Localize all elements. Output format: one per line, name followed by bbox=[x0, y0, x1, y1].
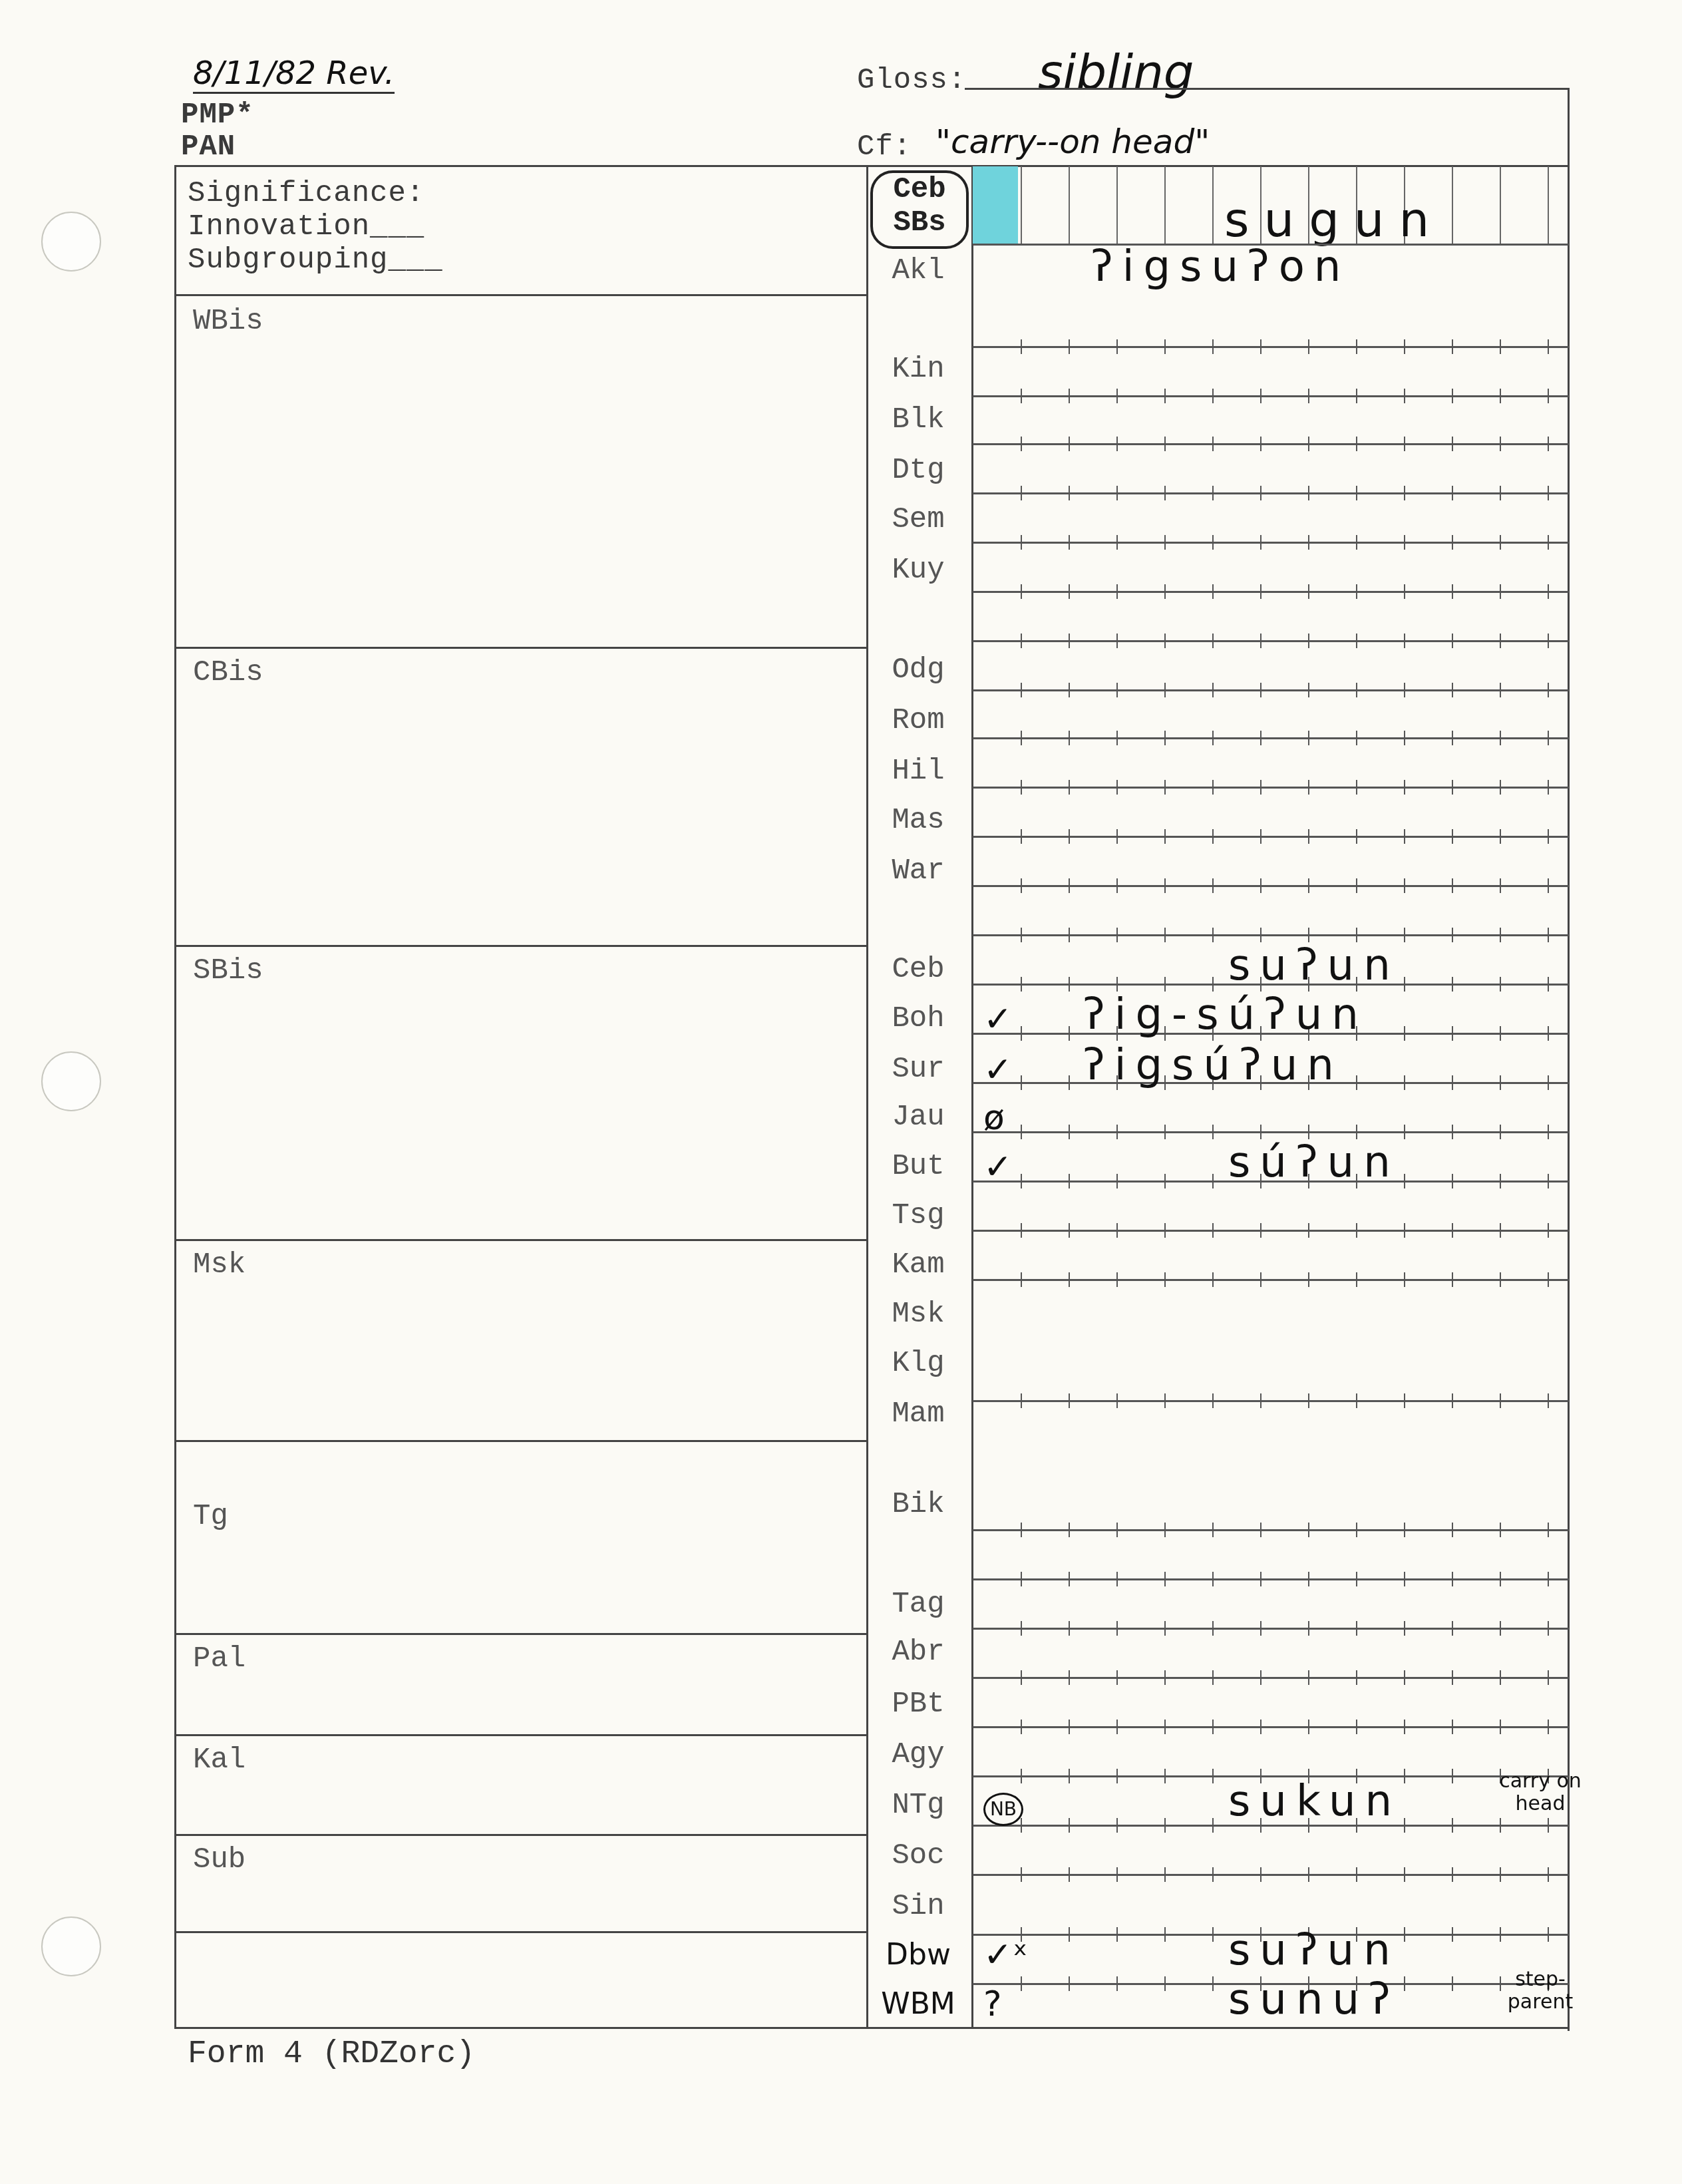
tick-mark bbox=[1164, 683, 1166, 697]
tick-mark bbox=[1021, 878, 1022, 893]
tick-mark bbox=[1308, 584, 1309, 599]
tick-mark bbox=[1356, 878, 1357, 893]
tick-mark bbox=[1452, 1927, 1453, 1942]
cf-label: Cf: bbox=[857, 130, 912, 164]
tick-mark bbox=[1500, 486, 1501, 500]
tick-mark bbox=[1260, 829, 1261, 844]
tick-mark bbox=[1069, 780, 1070, 795]
tick-mark bbox=[1308, 1272, 1309, 1287]
table-left-border bbox=[174, 165, 176, 2028]
tick-mark bbox=[1069, 683, 1070, 697]
tick-mark bbox=[1308, 1572, 1309, 1586]
row-line bbox=[973, 1578, 1569, 1580]
gloss-note: step-parent bbox=[1497, 1968, 1584, 2014]
tick-mark bbox=[1164, 486, 1166, 500]
cognate-form: suʔun bbox=[1228, 1926, 1400, 1975]
tick-mark bbox=[1500, 634, 1501, 648]
tick-mark bbox=[1164, 535, 1166, 550]
tick-mark bbox=[1452, 437, 1453, 451]
tick-mark bbox=[1164, 1393, 1166, 1408]
language-code: Hil bbox=[865, 755, 971, 788]
tick-mark bbox=[1548, 1818, 1549, 1833]
tick-mark bbox=[1069, 486, 1070, 500]
row-line bbox=[973, 934, 1569, 936]
tick-mark bbox=[1164, 731, 1166, 745]
cell-divider bbox=[1164, 166, 1166, 244]
tick-mark bbox=[1308, 1621, 1309, 1636]
tick-mark bbox=[1404, 1621, 1405, 1636]
tick-mark bbox=[1500, 1223, 1501, 1238]
region-label: Tg bbox=[193, 1500, 228, 1533]
region-divider bbox=[174, 945, 868, 947]
row-line bbox=[973, 542, 1569, 544]
language-code: Tsg bbox=[865, 1199, 971, 1232]
row-line bbox=[973, 1677, 1569, 1679]
tick-mark bbox=[1116, 878, 1118, 893]
tick-mark bbox=[1548, 584, 1549, 599]
language-code: Sem bbox=[865, 503, 971, 536]
check-mark-icon: ✓ bbox=[983, 1147, 1013, 1187]
row-line bbox=[973, 1628, 1569, 1630]
tick-mark bbox=[1021, 1125, 1022, 1139]
tick-mark bbox=[1212, 1621, 1214, 1636]
tick-mark bbox=[1404, 1393, 1405, 1408]
tick-mark bbox=[1500, 928, 1501, 942]
row-line bbox=[973, 1230, 1569, 1232]
row-line bbox=[973, 395, 1569, 397]
tick-mark bbox=[1452, 878, 1453, 893]
tick-mark bbox=[1452, 389, 1453, 403]
tick-mark bbox=[1212, 634, 1214, 648]
tick-mark bbox=[1021, 977, 1022, 992]
tick-mark bbox=[1069, 634, 1070, 648]
tick-mark bbox=[1548, 437, 1549, 451]
tick-mark bbox=[1452, 1769, 1453, 1783]
tick-mark bbox=[1404, 584, 1405, 599]
tick-mark bbox=[1212, 1125, 1214, 1139]
tick-mark bbox=[1548, 339, 1549, 354]
tick-mark bbox=[1452, 1572, 1453, 1586]
tick-mark bbox=[1356, 584, 1357, 599]
tick-mark bbox=[1021, 535, 1022, 550]
tick-mark bbox=[1021, 731, 1022, 745]
tick-mark bbox=[1164, 1867, 1166, 1882]
tick-mark bbox=[1308, 1523, 1309, 1537]
tick-mark bbox=[1260, 437, 1261, 451]
region-label: WBis bbox=[193, 305, 263, 338]
pmp-label: PMP* bbox=[181, 98, 254, 132]
tick-mark bbox=[1452, 1223, 1453, 1238]
language-code: Kuy bbox=[865, 554, 971, 587]
tick-mark bbox=[1548, 1223, 1549, 1238]
tick-mark bbox=[1069, 1867, 1070, 1882]
tick-mark bbox=[1164, 977, 1166, 992]
tick-mark bbox=[1212, 339, 1214, 354]
tick-mark bbox=[1548, 878, 1549, 893]
tick-mark bbox=[1021, 1572, 1022, 1586]
row-line bbox=[973, 1279, 1569, 1281]
tick-mark bbox=[1356, 1223, 1357, 1238]
tick-mark bbox=[1404, 1125, 1405, 1139]
tick-mark bbox=[1500, 1174, 1501, 1188]
tick-mark bbox=[1308, 928, 1309, 942]
tick-mark bbox=[1308, 486, 1309, 500]
row-line bbox=[973, 737, 1569, 739]
tick-mark bbox=[1500, 1818, 1501, 1833]
region-label: CBis bbox=[193, 656, 263, 689]
row-line bbox=[973, 1726, 1569, 1728]
tick-mark bbox=[1021, 1223, 1022, 1238]
tick-mark bbox=[1548, 780, 1549, 795]
tick-mark bbox=[1069, 1026, 1070, 1041]
question-mark: ? bbox=[983, 1984, 1002, 2024]
tick-mark bbox=[1069, 829, 1070, 844]
gloss-underline bbox=[965, 88, 1569, 90]
tick-mark bbox=[1260, 389, 1261, 403]
tick-mark bbox=[1452, 1393, 1453, 1408]
tick-mark bbox=[1069, 437, 1070, 451]
language-code: But bbox=[865, 1150, 971, 1183]
check-mark-icon: ✓ bbox=[983, 1000, 1013, 1039]
tick-mark bbox=[1548, 731, 1549, 745]
tick-mark bbox=[1069, 1927, 1070, 1942]
cognate-form: ʔigsúʔun bbox=[1083, 1041, 1343, 1090]
language-code: Blk bbox=[865, 403, 971, 437]
language-code: PBt bbox=[865, 1688, 971, 1721]
tick-mark bbox=[1069, 1174, 1070, 1188]
tick-mark bbox=[1260, 584, 1261, 599]
tick-mark bbox=[1404, 1572, 1405, 1586]
tick-mark bbox=[1452, 1621, 1453, 1636]
tick-mark bbox=[1021, 1075, 1022, 1090]
tick-mark bbox=[1500, 731, 1501, 745]
tick-mark bbox=[1164, 1976, 1166, 1991]
tick-mark bbox=[1212, 780, 1214, 795]
tick-mark bbox=[1116, 928, 1118, 942]
tick-mark bbox=[1548, 829, 1549, 844]
tick-mark bbox=[1260, 1223, 1261, 1238]
tick-mark bbox=[1212, 1174, 1214, 1188]
tick-mark bbox=[1452, 928, 1453, 942]
tick-mark bbox=[1069, 1523, 1070, 1537]
tick-mark bbox=[1212, 1769, 1214, 1783]
tick-mark bbox=[1452, 339, 1453, 354]
language-code: WBM bbox=[865, 1987, 971, 2021]
tick-mark bbox=[1500, 1393, 1501, 1408]
tick-mark bbox=[1164, 1125, 1166, 1139]
subgrouping-field[interactable]: Subgrouping___ bbox=[188, 244, 443, 277]
tick-mark bbox=[1500, 683, 1501, 697]
tick-mark bbox=[1116, 683, 1118, 697]
tick-mark bbox=[1404, 1927, 1405, 1942]
tick-mark bbox=[1260, 339, 1261, 354]
tick-mark bbox=[1021, 389, 1022, 403]
tick-mark bbox=[1164, 1523, 1166, 1537]
row-line bbox=[973, 640, 1569, 642]
tick-mark bbox=[1356, 1720, 1357, 1734]
tick-mark bbox=[1500, 878, 1501, 893]
tick-mark bbox=[1116, 1670, 1118, 1685]
tick-mark bbox=[1308, 683, 1309, 697]
tick-mark bbox=[1260, 731, 1261, 745]
tick-mark bbox=[1212, 1976, 1214, 1991]
region-divider bbox=[174, 1239, 868, 1241]
tick-mark bbox=[1548, 1670, 1549, 1685]
tick-mark bbox=[1069, 1720, 1070, 1734]
tick-mark bbox=[1021, 486, 1022, 500]
language-code: Sin bbox=[865, 1890, 971, 1923]
tick-mark bbox=[1212, 1572, 1214, 1586]
tick-mark bbox=[1404, 1523, 1405, 1537]
tick-mark bbox=[1021, 683, 1022, 697]
region-divider bbox=[174, 1931, 868, 1933]
tick-mark bbox=[1356, 437, 1357, 451]
tick-mark bbox=[1260, 1621, 1261, 1636]
tick-mark bbox=[1548, 486, 1549, 500]
tick-mark bbox=[1212, 535, 1214, 550]
tick-mark bbox=[1116, 1223, 1118, 1238]
tick-mark bbox=[1212, 1523, 1214, 1537]
tick-mark bbox=[1404, 1976, 1405, 1991]
tick-mark bbox=[1404, 780, 1405, 795]
tick-mark bbox=[1356, 731, 1357, 745]
tick-mark bbox=[1116, 389, 1118, 403]
tick-mark bbox=[1021, 1976, 1022, 1991]
tick-mark bbox=[1164, 1769, 1166, 1783]
tick-mark bbox=[1021, 1621, 1022, 1636]
region-label: Kal bbox=[193, 1743, 246, 1777]
gloss-note: carry on head bbox=[1497, 1770, 1584, 1815]
tick-mark bbox=[1069, 1393, 1070, 1408]
cognate-form: ʔig-súʔun bbox=[1083, 990, 1368, 1039]
tick-mark bbox=[1500, 1572, 1501, 1586]
language-code: Sur bbox=[865, 1053, 971, 1086]
language-code: Soc bbox=[865, 1839, 971, 1873]
tick-mark bbox=[1452, 977, 1453, 992]
language-code: Tag bbox=[865, 1588, 971, 1621]
cell-divider bbox=[1069, 166, 1070, 244]
tick-mark bbox=[1404, 683, 1405, 697]
tick-mark bbox=[1069, 1125, 1070, 1139]
tick-mark bbox=[1452, 1075, 1453, 1090]
tick-mark bbox=[1260, 1393, 1261, 1408]
tick-mark bbox=[1548, 1174, 1549, 1188]
tick-mark bbox=[1116, 339, 1118, 354]
row-line bbox=[973, 492, 1569, 494]
tick-mark bbox=[1308, 1720, 1309, 1734]
tick-mark bbox=[1260, 683, 1261, 697]
tick-mark bbox=[1404, 1075, 1405, 1090]
tick-mark bbox=[1260, 486, 1261, 500]
language-code: Agy bbox=[865, 1738, 971, 1771]
tick-mark bbox=[1548, 1393, 1549, 1408]
cell-divider bbox=[1548, 166, 1549, 244]
table-right-border bbox=[1568, 88, 1570, 2031]
region-divider bbox=[174, 647, 868, 649]
tick-mark bbox=[1164, 437, 1166, 451]
tick-mark bbox=[1212, 437, 1214, 451]
region-divider bbox=[174, 1734, 868, 1736]
tick-mark bbox=[1069, 535, 1070, 550]
tick-mark bbox=[1116, 1272, 1118, 1287]
tick-mark bbox=[1356, 1393, 1357, 1408]
tick-mark bbox=[1260, 928, 1261, 942]
row-line bbox=[973, 1131, 1569, 1133]
tick-mark bbox=[1069, 977, 1070, 992]
tick-mark bbox=[1452, 1976, 1453, 1991]
tick-mark bbox=[1500, 1075, 1501, 1090]
tick-mark bbox=[1500, 584, 1501, 599]
tick-mark bbox=[1069, 1572, 1070, 1586]
tick-mark bbox=[1308, 878, 1309, 893]
innovation-field[interactable]: Innovation___ bbox=[188, 210, 424, 244]
tick-mark bbox=[1308, 535, 1309, 550]
region-label: Msk bbox=[193, 1248, 246, 1282]
tick-mark bbox=[1021, 928, 1022, 942]
tick-mark bbox=[1021, 1720, 1022, 1734]
region-divider bbox=[174, 1834, 868, 1836]
tick-mark bbox=[1164, 1272, 1166, 1287]
tick-mark bbox=[1500, 1523, 1501, 1537]
tick-mark bbox=[1452, 1818, 1453, 1833]
cell-divider bbox=[1212, 166, 1214, 244]
tick-mark bbox=[1548, 1572, 1549, 1586]
significance-divider bbox=[174, 294, 868, 296]
tick-mark bbox=[1548, 535, 1549, 550]
tick-mark bbox=[1212, 1670, 1214, 1685]
row-line bbox=[973, 346, 1569, 348]
tick-mark bbox=[1069, 1976, 1070, 1991]
punch-hole bbox=[41, 1916, 101, 1976]
row-line bbox=[973, 836, 1569, 838]
tick-mark bbox=[1164, 1927, 1166, 1942]
tick-mark bbox=[1308, 389, 1309, 403]
tick-mark bbox=[1212, 731, 1214, 745]
tick-mark bbox=[1116, 1867, 1118, 1882]
row-line bbox=[973, 1400, 1569, 1402]
tick-mark bbox=[1021, 1867, 1022, 1882]
tick-mark bbox=[1116, 1125, 1118, 1139]
tick-mark bbox=[1500, 1621, 1501, 1636]
tick-mark bbox=[1548, 1867, 1549, 1882]
language-code: Mam bbox=[865, 1397, 971, 1431]
cf-value: "carry--on head" bbox=[935, 122, 1210, 161]
tick-mark bbox=[1212, 486, 1214, 500]
gloss-label: Gloss: bbox=[857, 64, 966, 97]
tick-mark bbox=[1356, 780, 1357, 795]
row-line bbox=[973, 591, 1569, 593]
language-code: Dbw bbox=[865, 1938, 971, 1972]
tick-mark bbox=[1116, 1523, 1118, 1537]
tick-mark bbox=[1356, 683, 1357, 697]
tick-mark bbox=[1069, 1223, 1070, 1238]
tick-mark bbox=[1548, 1621, 1549, 1636]
region-label: SBis bbox=[193, 954, 263, 988]
tick-mark bbox=[1212, 1223, 1214, 1238]
tick-mark bbox=[1356, 486, 1357, 500]
tick-mark bbox=[1164, 1720, 1166, 1734]
tick-mark bbox=[1500, 1026, 1501, 1041]
tick-mark bbox=[1548, 1720, 1549, 1734]
tick-mark bbox=[1164, 634, 1166, 648]
cognate-form: sukun bbox=[1228, 1777, 1401, 1826]
tick-mark bbox=[1548, 1026, 1549, 1041]
tick-mark bbox=[1021, 339, 1022, 354]
tick-mark bbox=[1116, 1720, 1118, 1734]
language-code: NTg bbox=[865, 1789, 971, 1822]
tick-mark bbox=[1164, 780, 1166, 795]
tick-mark bbox=[1500, 339, 1501, 354]
tick-mark bbox=[1548, 1272, 1549, 1287]
tick-mark bbox=[1021, 829, 1022, 844]
tick-mark bbox=[1548, 683, 1549, 697]
null-mark: ø bbox=[983, 1098, 1005, 1138]
gloss-value: sibling bbox=[1038, 44, 1194, 100]
tick-mark bbox=[1356, 1272, 1357, 1287]
tick-mark bbox=[1164, 389, 1166, 403]
tick-mark bbox=[1548, 634, 1549, 648]
tick-mark bbox=[1356, 1075, 1357, 1090]
proto-language-badge: Ceb SBs bbox=[870, 170, 969, 249]
tick-mark bbox=[1452, 683, 1453, 697]
tick-mark bbox=[1021, 584, 1022, 599]
language-code: Abr bbox=[865, 1636, 971, 1669]
tick-mark bbox=[1356, 1621, 1357, 1636]
region-divider bbox=[174, 1440, 868, 1442]
tick-mark bbox=[1500, 1670, 1501, 1685]
tick-mark bbox=[1164, 1223, 1166, 1238]
row-line bbox=[973, 885, 1569, 887]
tick-mark bbox=[1356, 1125, 1357, 1139]
tick-mark bbox=[1548, 977, 1549, 992]
language-code: War bbox=[865, 854, 971, 888]
language-code: Jau bbox=[865, 1101, 971, 1134]
tick-mark bbox=[1260, 780, 1261, 795]
language-code: Msk bbox=[865, 1298, 971, 1331]
tick-mark bbox=[1548, 1075, 1549, 1090]
tick-mark bbox=[1164, 584, 1166, 599]
region-label: Sub bbox=[193, 1843, 246, 1877]
tick-mark bbox=[1212, 1720, 1214, 1734]
tick-mark bbox=[1116, 829, 1118, 844]
tick-mark bbox=[1548, 1125, 1549, 1139]
tick-mark bbox=[1069, 584, 1070, 599]
tick-mark bbox=[1404, 1026, 1405, 1041]
tick-mark bbox=[1500, 1272, 1501, 1287]
tick-mark bbox=[1308, 829, 1309, 844]
nb-circled-mark: NB bbox=[983, 1793, 1023, 1826]
cell-divider bbox=[1500, 166, 1501, 244]
tick-mark bbox=[1356, 389, 1357, 403]
row-line bbox=[973, 689, 1569, 691]
date-annotation: 8/11/82 Rev. bbox=[193, 55, 395, 94]
tick-mark bbox=[1356, 1523, 1357, 1537]
tick-mark bbox=[1356, 829, 1357, 844]
tick-mark bbox=[1356, 1670, 1357, 1685]
tick-mark bbox=[1116, 1818, 1118, 1833]
tick-mark bbox=[1069, 1075, 1070, 1090]
tick-mark bbox=[1212, 1818, 1214, 1833]
row-line bbox=[973, 1529, 1569, 1531]
tick-mark bbox=[1500, 977, 1501, 992]
check-mark-icon: ✓ bbox=[983, 1050, 1013, 1090]
tick-mark bbox=[1212, 1867, 1214, 1882]
tick-mark bbox=[1404, 977, 1405, 992]
tick-mark bbox=[1452, 1125, 1453, 1139]
tick-mark bbox=[1069, 731, 1070, 745]
tick-mark bbox=[1452, 1523, 1453, 1537]
tick-mark bbox=[1404, 829, 1405, 844]
